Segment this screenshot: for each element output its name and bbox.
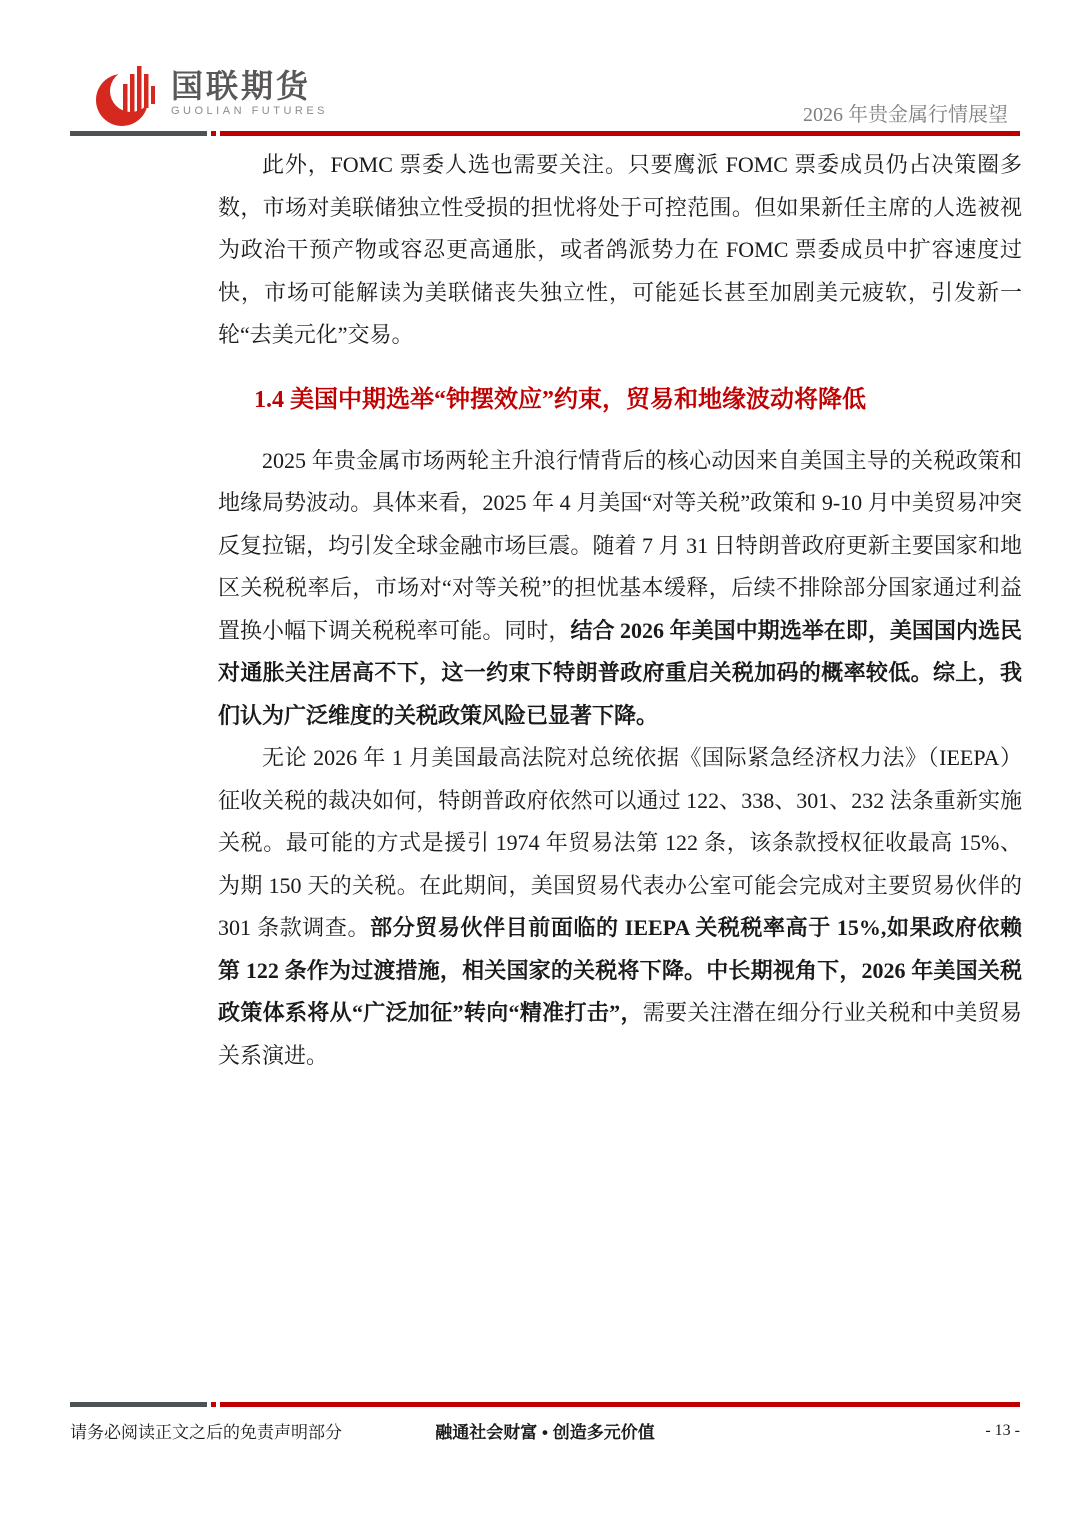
header-divider (70, 131, 1020, 136)
header-divider-red-segment (220, 131, 1020, 136)
body-paragraph: 无论 2026 年 1 月美国最高法院对总统依据《国际紧急经济权力法》（IEEP… (218, 737, 1022, 1077)
emphasized-text-run: 1.4 美国中期选举“钟摆效应”约束，贸易和地缘波动将降低 (254, 387, 866, 413)
body-paragraph: 2025 年贵金属市场两轮主升浪行情背后的核心动因来自美国主导的关税政策和地缘局… (218, 440, 1022, 738)
footer-divider-dark-segment (70, 1402, 207, 1407)
text-run: 无论 2026 年 1 月美国最高法院对总统依据《国际紧急经济权力法》（IEEP… (218, 745, 1022, 940)
report-page: 国联期货 GUOLIAN FUTURES 2026 年贵金属行情展望 此外，FO… (0, 0, 1080, 1527)
section-heading: 1.4 美国中期选举“钟摆效应”约束，贸易和地缘波动将降低 (218, 383, 1022, 417)
body-paragraph: 此外，FOMC 票委人选也需要关注。只要鹰派 FOMC 票委成员仍占决策圈多数，… (218, 144, 1022, 357)
logo-name-en: GUOLIAN FUTURES (171, 105, 328, 117)
guolian-logo-icon (95, 60, 159, 128)
company-logo: 国联期货 GUOLIAN FUTURES (95, 60, 328, 128)
footer: 融通社会财富 • 创造多元价值 请务必阅读正文之后的免责声明部分 - 13 - (70, 1418, 1020, 1443)
footer-divider (70, 1402, 1020, 1407)
header-divider-dark-segment (70, 131, 207, 136)
document-body: 此外，FOMC 票委人选也需要关注。只要鹰派 FOMC 票委成员仍占决策圈多数，… (218, 144, 1022, 1077)
text-run: 2025 年贵金属市场两轮主升浪行情背后的核心动因来自美国主导的关税政策和地缘局… (218, 448, 1022, 643)
logo-text: 国联期货 GUOLIAN FUTURES (171, 60, 328, 117)
footer-divider-red-segment (220, 1402, 1020, 1407)
document-title: 2026 年贵金属行情展望 (803, 98, 1008, 127)
logo-name-cn: 国联期货 (171, 70, 328, 102)
page-number: - 13 - (985, 1422, 1020, 1440)
footer-slogan: 融通社会财富 • 创造多元价值 (70, 1418, 1020, 1443)
text-run: 此外，FOMC 票委人选也需要关注。只要鹰派 FOMC 票委成员仍占决策圈多数，… (218, 152, 1022, 347)
